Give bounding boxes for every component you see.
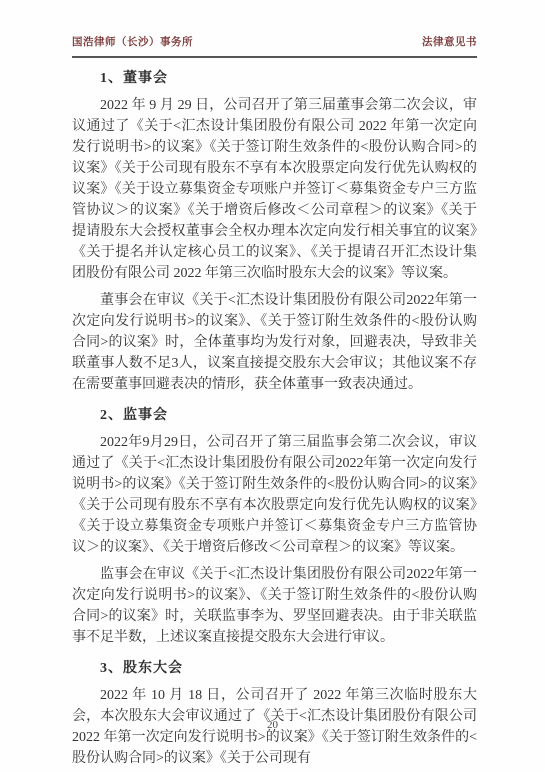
document-body: 1、董事会 2022 年 9 月 29 日，公司召开了第三届董事会第二次会议，审…: [72, 68, 477, 769]
header-doc-type: 法律意见书: [422, 34, 477, 49]
page-number: 20: [267, 719, 278, 731]
page-footer: 20: [0, 719, 545, 731]
page-header: 国浩律师（长沙）事务所 法律意见书: [72, 34, 477, 58]
section-heading-supervisory-board: 2、监事会: [72, 405, 477, 426]
paragraph-board-recusal: 董事会在审议《关于<汇杰设计集团股份有限公司2022年第一次定向发行说明书>的议…: [72, 290, 477, 395]
paragraph-board-resolutions: 2022 年 9 月 29 日，公司召开了第三届董事会第二次会议，审议通过了《关…: [72, 95, 477, 284]
paragraph-supervisory-recusal: 监事会在审议《关于<汇杰设计集团股份有限公司2022年第一次定向发行说明书>的议…: [72, 564, 477, 648]
paragraph-supervisory-resolutions: 2022年9月29日，公司召开了第三届监事会第二次会议，审议通过了《关于<汇杰设…: [72, 432, 477, 558]
header-firm-name: 国浩律师（长沙）事务所: [72, 34, 193, 49]
section-heading-shareholders-meeting: 3、股东大会: [72, 658, 477, 679]
section-heading-board-of-directors: 1、董事会: [72, 68, 477, 89]
document-page: 国浩律师（长沙）事务所 法律意见书 1、董事会 2022 年 9 月 29 日，…: [0, 0, 545, 771]
